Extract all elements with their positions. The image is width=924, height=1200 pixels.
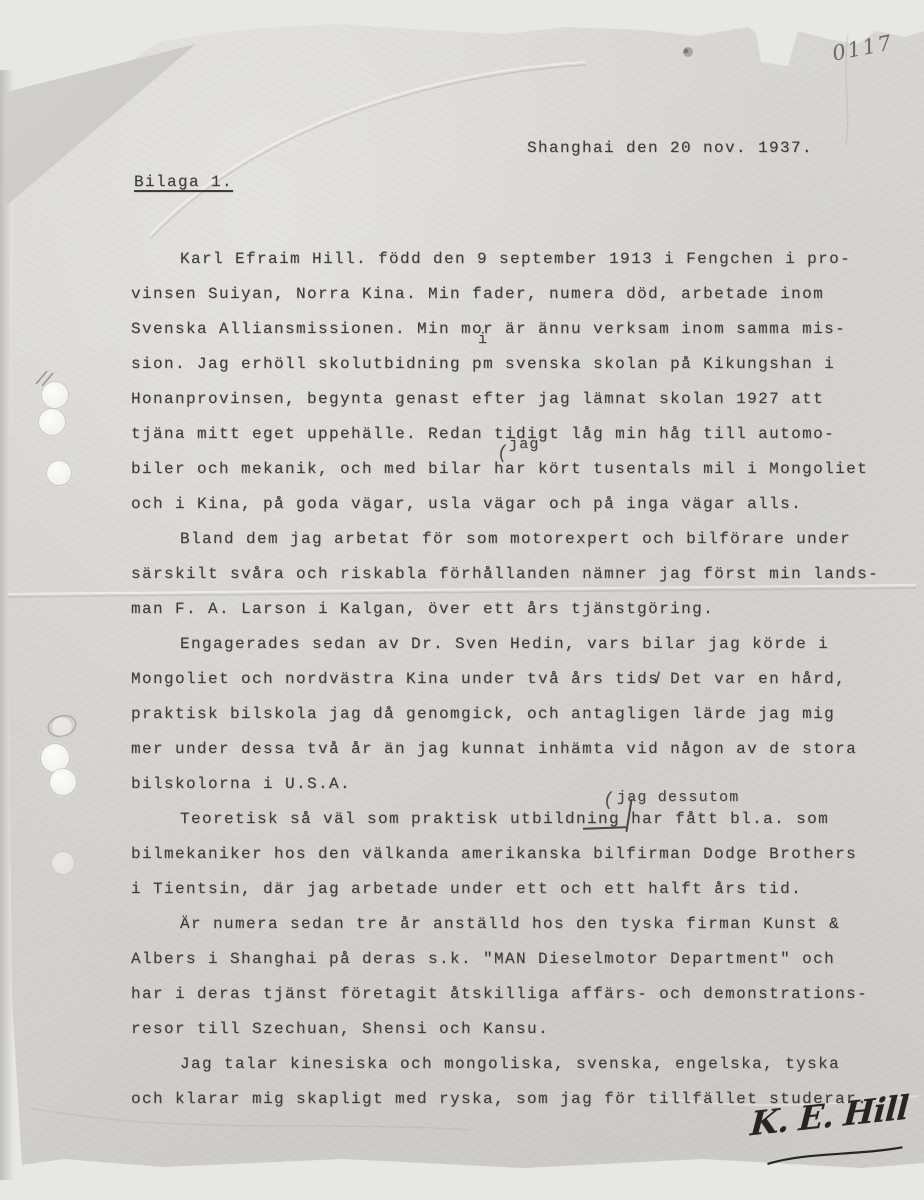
body-line: i Tientsin, där jag arbetade under ett o… xyxy=(131,872,879,907)
body-line: och i Kina, på goda vägar, usla vägar oc… xyxy=(131,487,879,522)
body-line: Svenska Alliansmissionen. Min mor är änn… xyxy=(131,312,879,347)
punch-hole xyxy=(47,461,71,485)
body-line: sion. Jag erhöll skolutbidning pm svensk… xyxy=(131,347,879,382)
body-line: vinsen Suiyan, Norra Kina. Min fader, nu… xyxy=(131,277,879,312)
document-body: Karl Efraim Hill. född den 9 september 1… xyxy=(131,242,879,1117)
punch-hole xyxy=(50,769,76,795)
signature-text: K. E. Hill xyxy=(749,1087,909,1143)
attachment-heading: Bilaga 1. xyxy=(134,173,233,191)
body-line: mer under dessa två år än jag kunnat inh… xyxy=(131,732,879,767)
paragraph: Är numera sedan tre år anställd hos den … xyxy=(131,907,879,1047)
body-line: Engagerades sedan av Dr. Sven Hedin, var… xyxy=(131,627,879,662)
paragraph: Engagerades sedan av Dr. Sven Hedin, var… xyxy=(131,627,879,802)
body-line: Honanprovinsen, begynta genast efter jag… xyxy=(131,382,879,417)
body-line: Albers i Shanghai på deras s.k. "MAN Die… xyxy=(131,942,879,977)
body-line: Mongoliet och nordvästra Kina under två … xyxy=(131,662,879,697)
body-line: resor till Szechuan, Shensi och Kansu. xyxy=(131,1012,879,1047)
body-line: bilskolorna i U.S.A. xyxy=(131,767,879,802)
body-line: har i deras tjänst företagit åtskilliga … xyxy=(131,977,879,1012)
body-line: bilmekaniker hos den välkanda amerikansk… xyxy=(131,837,879,872)
date-line: Shanghai den 20 nov. 1937. xyxy=(527,139,813,157)
typed-i-correction: i xyxy=(478,331,488,348)
signature: K. E. Hill xyxy=(750,1096,924,1176)
body-line: Jag talar kinesiska och mongoliska, sven… xyxy=(131,1047,879,1082)
scanned-letter-page: { "document": { "stamp_number": "0117", … xyxy=(0,0,924,1200)
punch-hole xyxy=(39,409,65,435)
punch-hole xyxy=(41,744,69,772)
body-line: Teoretisk så väl som praktisk utbildning… xyxy=(131,802,879,837)
typed-jag-insertion: jag xyxy=(509,436,540,453)
body-line: Är numera sedan tre år anställd hos den … xyxy=(131,907,879,942)
body-line: Karl Efraim Hill. född den 9 september 1… xyxy=(131,242,879,277)
punch-hole xyxy=(52,717,72,737)
signature-flourish xyxy=(766,1143,907,1169)
paragraph: Teoretisk så väl som praktisk utbildning… xyxy=(131,802,879,907)
body-line: Bland dem jag arbetat för som motorexper… xyxy=(131,522,879,557)
typed-jag-dessutom-insertion: jag dessutom xyxy=(617,789,739,806)
punch-hole xyxy=(42,382,68,408)
body-line: praktisk bilskola jag då genomgick, och … xyxy=(131,697,879,732)
body-line: särskilt svåra och riskabla förhållanden… xyxy=(131,557,879,592)
body-line: man F. A. Larson i Kalgan, över ett års … xyxy=(131,592,879,627)
paragraph: Karl Efraim Hill. född den 9 september 1… xyxy=(131,242,879,522)
punch-hole xyxy=(52,852,74,874)
paragraph: Bland dem jag arbetat för som motorexper… xyxy=(131,522,879,627)
